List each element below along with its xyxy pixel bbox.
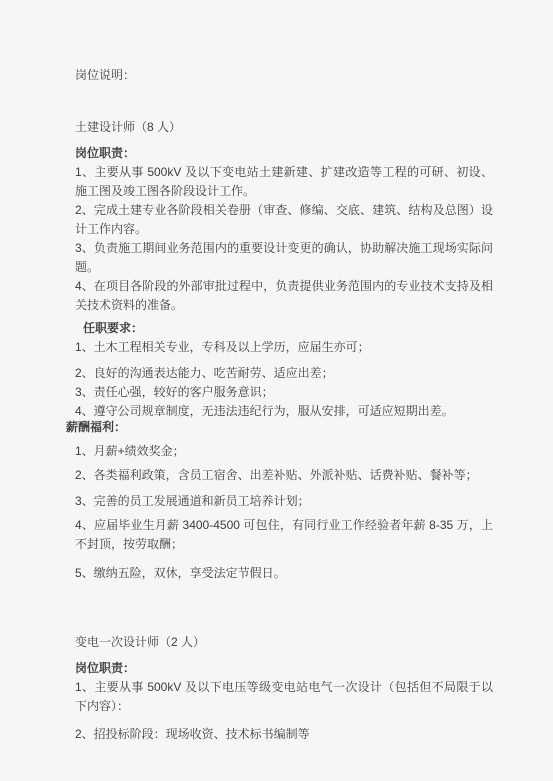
responsibility-item: 3、负责施工期间业务范围内的重要设计变更的确认，协助解决施工现场实际问题。 <box>75 239 493 277</box>
responsibility-item: 4、在项目各阶段的外部审批过程中，负责提供业务范围内的专业技术支持及相关技术资料… <box>75 277 493 315</box>
document-content: 岗位说明： 土建设计师（8 人） 岗位职责： 1、主要从事 500kV 及以下变… <box>0 0 496 744</box>
heading-requirements: 任职要求： <box>75 319 501 338</box>
benefit-item: 1、月薪+绩效奖金； <box>75 442 493 461</box>
benefit-item: 3、完善的员工发展通道和新员工培养计划； <box>75 492 493 511</box>
document-page: 岗位说明： 土建设计师（8 人） 岗位职责： 1、主要从事 500kV 及以下变… <box>0 0 553 781</box>
heading-responsibilities-2: 岗位职责： <box>75 659 493 678</box>
heading-responsibilities-1: 岗位职责： <box>75 144 493 163</box>
responsibility-item: 2、招投标阶段：现场收资、技术标书编制等 <box>75 725 493 744</box>
benefit-item: 4、应届毕业生月薪 3400-4500 可包住，有同行业工作经验者年薪 8-35… <box>75 516 493 554</box>
responsibility-item: 2、完成土建专业各阶段相关卷册（审查、修编、交底、建筑、结构及总图）设计工作内容… <box>75 201 493 239</box>
responsibility-item: 1、主要从事 500kV 及以下电压等级变电站电气一次设计（包括但不局限于以下内… <box>75 678 493 716</box>
requirement-item: 1、土木工程相关专业，专科及以上学历，应届生亦可； <box>75 338 493 357</box>
requirement-item: 2、良好的沟通表达能力、吃苦耐劳、适应出差； <box>75 364 493 383</box>
requirement-item: 4、遵守公司规章制度，无违法违纪行为，服从安排，可适应短期出差。 <box>75 402 493 421</box>
requirement-item: 3、责任心强，较好的客户服务意识； <box>75 383 493 402</box>
job-title-substation-primary-designer: 变电一次设计师（2 人） <box>75 633 493 652</box>
doc-title: 岗位说明： <box>75 66 493 85</box>
responsibility-item: 1、主要从事 500kV 及以下变电站土建新建、扩建改造等工程的可研、初设、施工… <box>75 163 493 201</box>
benefit-item: 5、缴纳五险，双休，享受法定节假日。 <box>75 564 493 583</box>
benefit-item: 2、各类福利政策，含员工宿舍、出差补贴、外派补贴、话费补贴、餐补等； <box>75 466 493 485</box>
job-title-civil-designer: 土建设计师（8 人） <box>75 118 493 137</box>
